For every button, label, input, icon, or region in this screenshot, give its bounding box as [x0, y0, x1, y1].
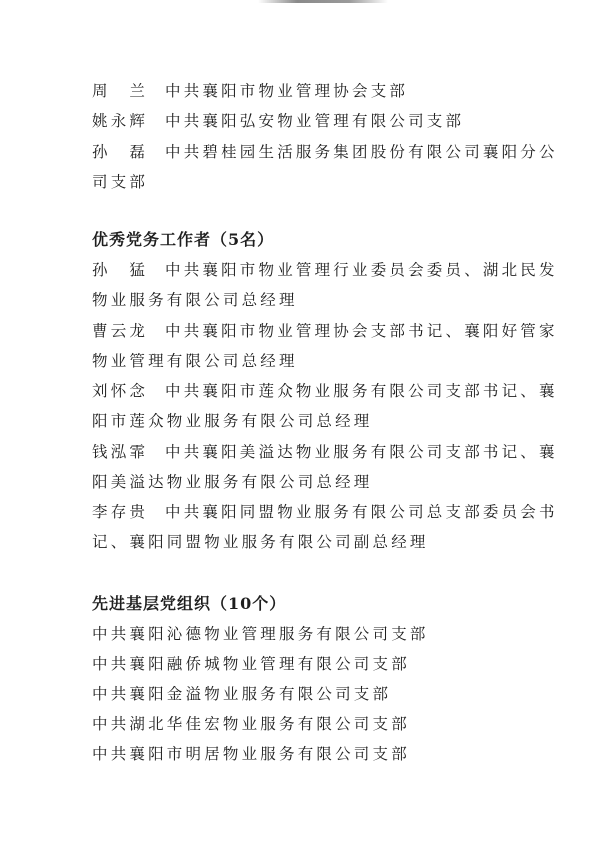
list-item: 姚永辉中共襄阳弘安物业管理有限公司支部 — [92, 110, 464, 132]
position: 中共襄阳市莲众物业服务有限公司支部书记、襄 — [165, 382, 558, 400]
organization-item: 中共襄阳市明居物业服务有限公司支部 — [92, 743, 410, 765]
person-name: 曹云龙 — [92, 320, 165, 342]
person-name: 周 兰 — [92, 80, 165, 102]
list-item-continuation: 司支部 — [92, 171, 148, 193]
position: 中共襄阳市物业管理行业委员会委员、湖北民发 — [165, 261, 558, 279]
list-item: 刘怀念中共襄阳市莲众物业服务有限公司支部书记、襄 — [92, 380, 558, 402]
organization-item: 中共湖北华佳宏物业服务有限公司支部 — [92, 713, 410, 735]
section-heading: 先进基层党组织（10个） — [92, 593, 286, 615]
list-item-continuation: 记、襄阳同盟物业服务有限公司副总经理 — [92, 531, 429, 553]
person-name: 刘怀念 — [92, 380, 165, 402]
organization: 中共碧桂园生活服务集团股份有限公司襄阳分公 — [165, 143, 558, 161]
organization-item: 中共襄阳金溢物业服务有限公司支部 — [92, 683, 391, 705]
person-name: 李存贵 — [92, 501, 165, 523]
list-item-continuation: 物业服务有限公司总经理 — [92, 289, 298, 311]
list-item-continuation: 物业管理有限公司总经理 — [92, 350, 298, 372]
person-name: 姚永辉 — [92, 110, 165, 132]
list-item: 孙 磊中共碧桂园生活服务集团股份有限公司襄阳分公 — [92, 141, 558, 163]
person-name: 钱泓霏 — [92, 441, 165, 463]
list-item-continuation: 阳市莲众物业服务有限公司总经理 — [92, 410, 373, 432]
list-item: 孙 猛中共襄阳市物业管理行业委员会委员、湖北民发 — [92, 259, 558, 281]
list-item: 周 兰中共襄阳市物业管理协会支部 — [92, 80, 408, 102]
list-item-continuation: 阳美溢达物业服务有限公司总经理 — [92, 471, 373, 493]
scan-edge-artifact — [258, 0, 388, 3]
section-heading: 优秀党务工作者（5名） — [92, 229, 274, 251]
organization-item: 中共襄阳沁德物业管理服务有限公司支部 — [92, 623, 429, 645]
position: 中共襄阳市物业管理协会支部书记、襄阳好管家 — [165, 322, 558, 340]
position: 中共襄阳同盟物业服务有限公司总支部委员会书 — [165, 503, 558, 521]
list-item: 钱泓霏中共襄阳美溢达物业服务有限公司支部书记、襄 — [92, 441, 558, 463]
person-name: 孙 磊 — [92, 141, 165, 163]
list-item: 李存贵中共襄阳同盟物业服务有限公司总支部委员会书 — [92, 501, 558, 523]
organization: 中共襄阳弘安物业管理有限公司支部 — [165, 112, 464, 130]
position: 中共襄阳美溢达物业服务有限公司支部书记、襄 — [165, 443, 558, 461]
organization-item: 中共襄阳融侨城物业管理有限公司支部 — [92, 653, 410, 675]
organization: 中共襄阳市物业管理协会支部 — [165, 82, 408, 100]
person-name: 孙 猛 — [92, 259, 165, 281]
list-item: 曹云龙中共襄阳市物业管理协会支部书记、襄阳好管家 — [92, 320, 558, 342]
